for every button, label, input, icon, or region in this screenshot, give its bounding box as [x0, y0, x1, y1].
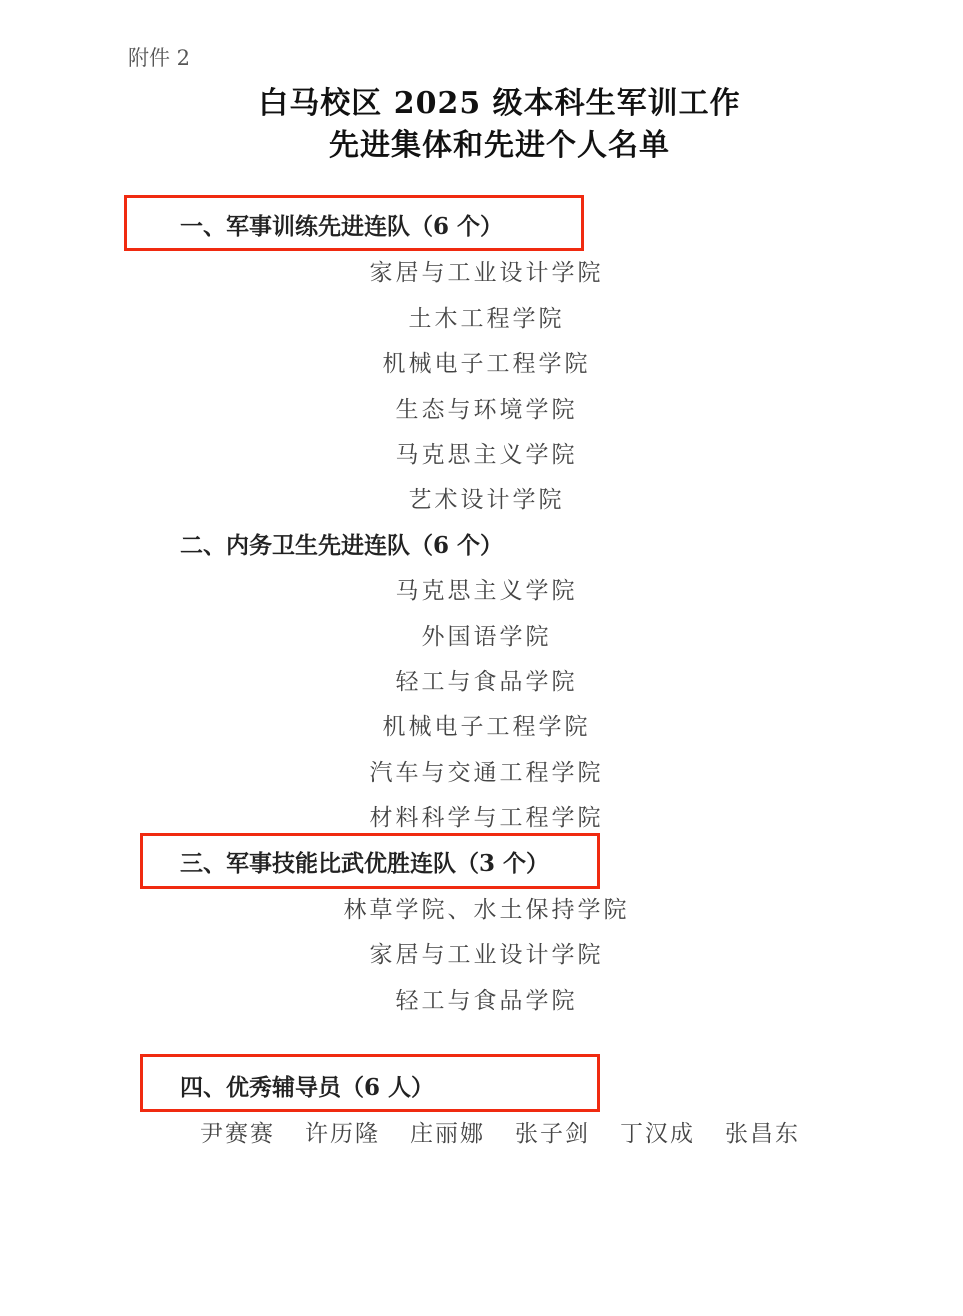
counselor-name: 许历隆 [305, 1115, 380, 1148]
list-item: 马克思主义学院 [0, 436, 963, 469]
list-item: 外国语学院 [0, 618, 963, 651]
list-item: 土木工程学院 [0, 300, 963, 333]
section-heading-3: 三、军事技能比武优胜连队（3 个） [180, 845, 549, 878]
list-item: 艺术设计学院 [0, 481, 963, 514]
list-item: 轻工与食品学院 [0, 982, 963, 1015]
document-title-line-2: 先进集体和先进个人名单 [18, 120, 963, 164]
list-item: 材料科学与工程学院 [0, 799, 963, 832]
list-item: 汽车与交通工程学院 [0, 754, 963, 787]
document-title-line-1: 白马校区 2025 级本科生军训工作 [18, 78, 963, 122]
list-item: 家居与工业设计学院 [0, 254, 963, 287]
list-item: 机械电子工程学院 [0, 345, 963, 378]
counselor-name: 庄丽娜 [410, 1115, 485, 1148]
list-item: 生态与环境学院 [0, 391, 963, 424]
counselor-name: 张昌东 [725, 1115, 800, 1148]
list-item: 轻工与食品学院 [0, 663, 963, 696]
list-item: 马克思主义学院 [0, 572, 963, 605]
list-item: 林草学院、水土保持学院 [0, 891, 963, 924]
counselor-name: 尹赛赛 [200, 1115, 275, 1148]
counselor-name: 张子剑 [515, 1115, 590, 1148]
attachment-label: 附件 2 [128, 42, 190, 72]
list-item: 机械电子工程学院 [0, 708, 963, 741]
counselor-names: 尹赛赛 许历隆 庄丽娜 张子剑 丁汉成 张昌东 [200, 1115, 800, 1148]
list-item: 家居与工业设计学院 [0, 936, 963, 969]
section-heading-4: 四、优秀辅导员（6 人） [180, 1069, 434, 1102]
section-heading-1: 一、军事训练先进连队（6 个） [180, 208, 503, 241]
section-heading-2: 二、内务卫生先进连队（6 个） [180, 527, 503, 560]
counselor-name: 丁汉成 [620, 1115, 695, 1148]
